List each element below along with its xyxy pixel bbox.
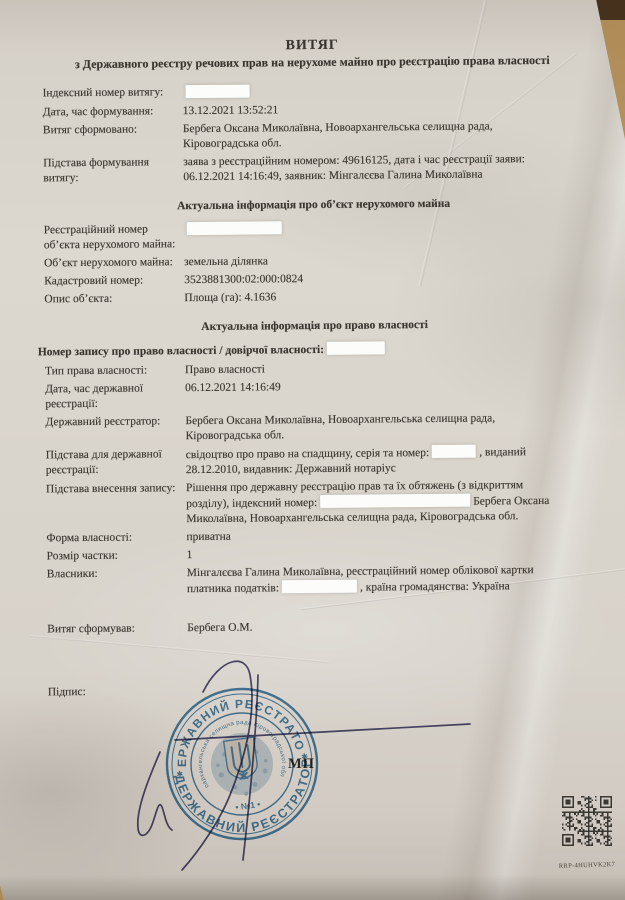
- field-value: Бербега Оксана Миколаївна, Новоархангель…: [185, 411, 555, 444]
- field-value: 1: [187, 545, 557, 563]
- field-label: Кадастровий номер:: [44, 273, 184, 289]
- field-row: Дата, час формування: 13.12.2021 13:52:2…: [43, 101, 583, 121]
- field-value: 06.12.2021 14:16:49: [185, 378, 555, 411]
- field-row: Об’єкт нерухомого майна: земельна ділянк…: [44, 252, 584, 272]
- redacted-value: [282, 580, 357, 594]
- field-value: 13.12.2021 13:52:21: [183, 101, 553, 119]
- field-label: Об’єкт нерухомого майна:: [44, 255, 184, 271]
- field-value: заява з реєстраційним номером: 49616125,…: [183, 152, 553, 185]
- field-value: [183, 82, 553, 101]
- field-row: Тип права власності: Право власності: [45, 360, 585, 380]
- field-label: Підстава для державної реєстрації:: [46, 447, 186, 479]
- document-subtitle: з Державного реєстру речових прав на нер…: [42, 53, 582, 73]
- field-value: Мінгалєєва Галина Миколаївна, реєстрацій…: [187, 563, 557, 597]
- field-row: Форма власності: приватна: [46, 527, 586, 547]
- field-label: Реєстраційний номер об’єкта нерухомого м…: [44, 222, 184, 253]
- field-row: Державний реєстратор: Бербега Оксана Мик…: [45, 411, 585, 446]
- signature: [60, 630, 500, 880]
- document-photo: ВИТЯГ з Державного реєстру речових прав …: [0, 0, 625, 900]
- field-row: Витяг сформовано: Бербега Оксана Миколаї…: [43, 119, 583, 154]
- field-label: Дата, час державної реєстрації:: [45, 381, 185, 412]
- field-row: Реєстраційний номер об’єкта нерухомого м…: [44, 219, 584, 254]
- section-heading-object: Актуальна інформація про об’єкт нерухомо…: [44, 196, 584, 216]
- qr-code: [562, 796, 612, 846]
- record-number-line: Номер запису про право власності / довір…: [38, 340, 585, 361]
- field-row: Опис об’єкта: Площа (га): 4.1636: [44, 288, 584, 308]
- field-label: Підстава формування витягу:: [43, 155, 183, 186]
- redacted-value: [327, 341, 385, 355]
- field-label: Тип права власності:: [45, 363, 185, 379]
- record-number-label: Номер запису про право власності / довір…: [38, 344, 324, 358]
- field-row: Власники: Мінгалєєва Галина Миколаївна, …: [47, 563, 587, 599]
- field-row: Кадастровий номер: 3523881300:02:000:082…: [44, 270, 584, 290]
- field-label: Державний реєстратор:: [45, 414, 185, 445]
- field-label: Підстава внесення запису:: [46, 481, 186, 528]
- field-label: Опис об’єкта:: [44, 291, 184, 307]
- field-value: [184, 219, 554, 252]
- field-value: свідоцтво про право на спадщину, серія т…: [186, 444, 556, 478]
- document-content: ВИТЯГ з Державного реєстру речових прав …: [42, 36, 588, 704]
- field-row: Розмір частки: 1: [47, 545, 587, 565]
- field-label: Власники:: [47, 566, 187, 598]
- field-row: Індексний номер витягу:: [43, 82, 583, 103]
- field-value: Площа (га): 4.1636: [184, 288, 554, 306]
- section-heading-ownership: Актуальна інформація про право власності: [45, 317, 585, 337]
- field-value: приватна: [186, 527, 556, 545]
- field-row: Підстава для державної реєстрації: свідо…: [46, 444, 586, 480]
- field-value: 3523881300:02:000:0824: [184, 270, 554, 288]
- field-value: земельна ділянка: [184, 252, 554, 270]
- field-value: Бербега Оксана Миколаївна, Новоархангель…: [183, 119, 553, 152]
- field-label: Дата, час формування:: [43, 104, 183, 120]
- field-label: Форма власності:: [46, 530, 186, 546]
- redacted-value: [186, 85, 250, 99]
- field-label: Витяг сформовано:: [43, 122, 183, 153]
- redacted-value: [432, 445, 476, 458]
- field-label: Індексний номер витягу:: [43, 85, 183, 102]
- field-label: Розмір частки:: [47, 548, 187, 564]
- field-value: Право власності: [185, 360, 555, 378]
- redacted-value: [320, 494, 470, 508]
- field-row: Підстава формування витягу: заява з реєс…: [43, 152, 583, 187]
- field-row: Підстава внесення запису: Рішення про де…: [46, 478, 586, 529]
- field-row: Дата, час державної реєстрації: 06.12.20…: [45, 378, 585, 413]
- field-value: Рішення про державну реєстрацію прав та …: [186, 478, 556, 527]
- redacted-value: [187, 221, 282, 235]
